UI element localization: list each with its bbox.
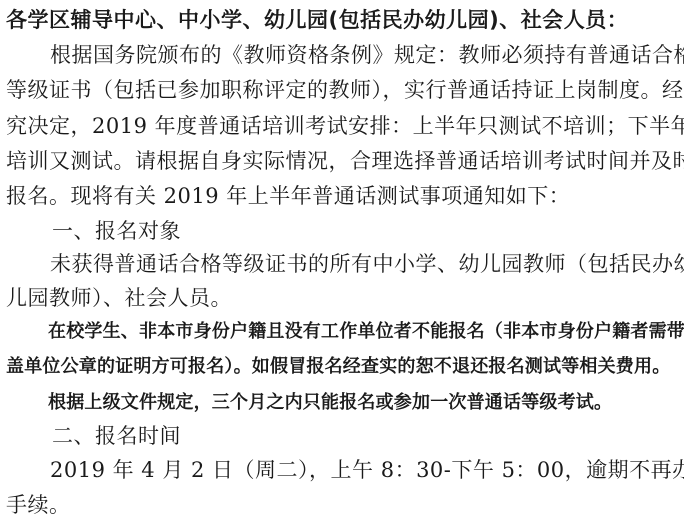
section1-para2-line-2: 盖单位公章的证明方可报名）。如假冒报名经查实的恕不退还报名测试等相关费用。 [6,353,670,381]
intro-line-4: 培训又测试。请根据自身实际情况，合理选择普通话培训考试时间并及时 [6,147,684,175]
intro-line-1: 根据国务院颁布的《教师资格条例》规定：教师必须持有普通话合格 [50,41,684,69]
salutation: 各学区辅导中心、中小学、幼儿园(包括民办幼儿园)、社会人员： [6,6,628,34]
section1-para1-line-1: 未获得普通话合格等级证书的所有中小学、幼儿园教师（包括民办幼 [50,250,684,278]
section-heading-1: 一、报名对象 [52,217,181,245]
section1-para1-line-2: 儿园教师）、社会人员。 [6,284,232,312]
section1-para2-line-1: 在校学生、非本市身份户籍且没有工作单位者不能报名（非本市身份户籍者需带加 [48,318,684,346]
intro-line-5: 报名。现将有关 2019 年上半年普通话测试事项通知如下： [6,182,570,210]
intro-line-3: 究决定，2019 年度普通话培训考试安排：上半年只测试不培训；下半年既 [6,112,684,140]
intro-line-2: 等级证书（包括已参加职称评定的教师），实行普通话持证上岗制度。经研 [6,76,684,104]
section-heading-2: 二、报名时间 [52,422,181,450]
section2-para1-line-2: 手续。 [6,491,71,519]
section2-para1-line-1: 2019 年 4 月 2 日（周二），上午 8：30-下午 5：00，逾期不再办… [50,456,684,484]
section1-para3: 根据上级文件规定，三个月之内只能报名或参加一次普通话等级考试。 [48,389,612,417]
